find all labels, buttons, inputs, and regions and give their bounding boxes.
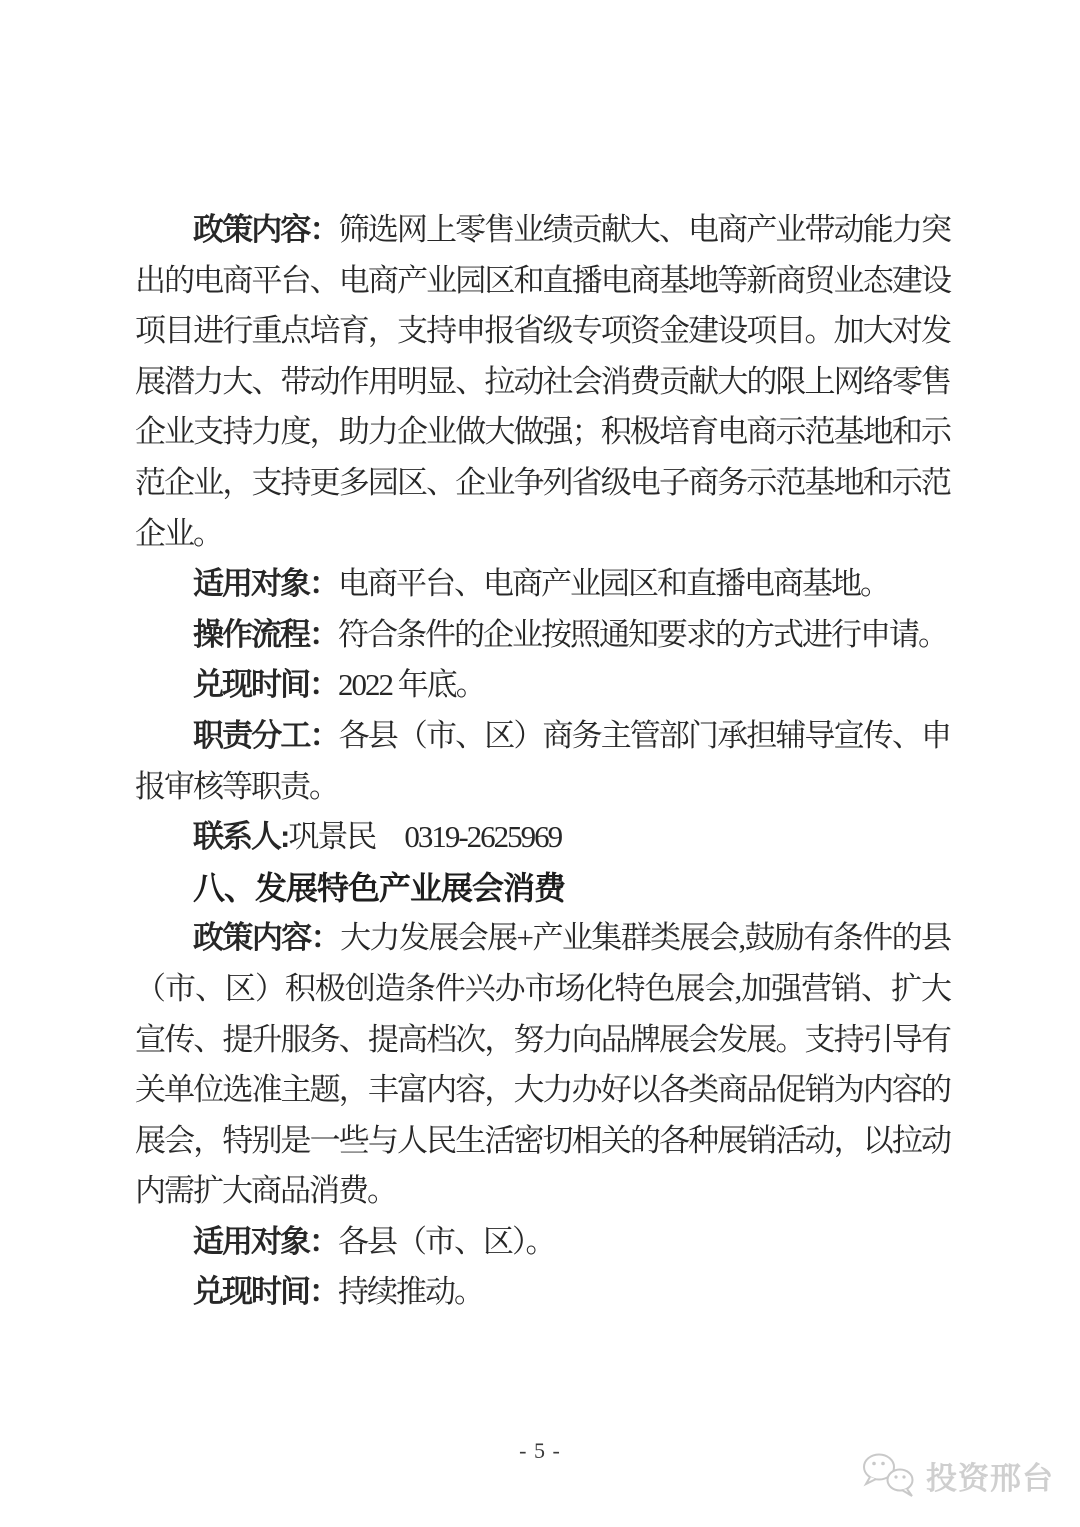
- line-text: 八、发展特色产业展会消费: [193, 870, 565, 906]
- line-text: 关单位选准主题，丰富内容，大力办好以各类商品促销为内容的: [135, 1072, 950, 1107]
- watermark-text: 投资邢台: [926, 1453, 1054, 1498]
- line-text: 企业支持力度，助力企业做大做强；积极培育电商示范基地和示: [135, 414, 950, 449]
- document-line: 报审核等职责。: [135, 762, 950, 813]
- line-text: 展潜力大、带动作用明显、拉动社会消费贡献大的限上网络零售: [135, 364, 950, 399]
- field-label: 政策内容：: [193, 212, 339, 247]
- line-text: 巩景民 0319-2625969: [288, 819, 561, 854]
- document-line: 操作流程：符合条件的企业按照通知要求的方式进行申请。: [135, 610, 950, 661]
- field-label: 政策内容：: [193, 920, 340, 955]
- line-text: 展会，特别是一些与人民生活密切相关的各种展销活动，以拉动: [135, 1123, 950, 1158]
- document-line: 适用对象：电商平台、电商产业园区和直播电商基地。: [135, 559, 950, 610]
- document-line: 展潜力大、带动作用明显、拉动社会消费贡献大的限上网络零售: [135, 357, 950, 408]
- document-line: 企业。: [135, 509, 950, 560]
- field-label: 联系人:: [193, 819, 288, 854]
- field-label: 兑现时间：: [193, 1274, 338, 1309]
- line-text: 符合条件的企业按照通知要求的方式进行申请。: [338, 617, 947, 652]
- line-text: （市、区）积极创造条件兴办市场化特色展会,加强营销、扩大: [135, 971, 950, 1006]
- field-label: 适用对象：: [193, 1224, 338, 1259]
- document-line: 联系人:巩景民 0319-2625969: [135, 812, 950, 863]
- field-label: 职责分工：: [193, 718, 339, 753]
- line-text: 筛选网上零售业绩贡献大、电商产业带动能力突: [339, 212, 950, 247]
- document-line: 关单位选准主题，丰富内容，大力办好以各类商品促销为内容的: [135, 1065, 950, 1116]
- watermark: 投资邢台: [858, 1450, 1054, 1500]
- wechat-icon: [858, 1450, 922, 1500]
- document-line: 内需扩大商品消费。: [135, 1166, 950, 1217]
- line-text: 持续推动。: [338, 1274, 483, 1309]
- document-body: 政策内容：筛选网上零售业绩贡献大、电商产业带动能力突出的电商平台、电商产业园区和…: [135, 205, 950, 1318]
- document-line: 兑现时间：持续推动。: [135, 1267, 950, 1318]
- document-page: 政策内容：筛选网上零售业绩贡献大、电商产业带动能力突出的电商平台、电商产业园区和…: [0, 0, 1080, 1527]
- line-text: 项目进行重点培育，支持申报省级专项资金建设项目。加大对发: [135, 313, 950, 348]
- field-label: 操作流程：: [193, 617, 338, 652]
- line-text: 出的电商平台、电商产业园区和直播电商基地等新商贸业态建设: [135, 263, 950, 298]
- document-line: 政策内容：筛选网上零售业绩贡献大、电商产业带动能力突: [135, 205, 950, 256]
- document-line: 范企业，支持更多园区、企业争列省级电子商务示范基地和示范: [135, 458, 950, 509]
- field-label: 兑现时间：: [193, 667, 338, 702]
- document-line: （市、区）积极创造条件兴办市场化特色展会,加强营销、扩大: [135, 964, 950, 1015]
- line-text: 电商平台、电商产业园区和直播电商基地。: [338, 566, 889, 601]
- field-label: 适用对象：: [193, 566, 338, 601]
- line-text: 2022 年底。: [338, 667, 485, 702]
- document-line: 企业支持力度，助力企业做大做强；积极培育电商示范基地和示: [135, 407, 950, 458]
- document-line: 宣传、提升服务、提高档次，努力向品牌展会发展。支持引导有: [135, 1015, 950, 1066]
- line-text: 内需扩大商品消费。: [135, 1173, 396, 1208]
- line-text: 大力发展会展+产业集群类展会,鼓励有条件的县: [340, 920, 950, 955]
- document-line: 职责分工：各县（市、区）商务主管部门承担辅导宣传、申: [135, 711, 950, 762]
- document-line: 项目进行重点培育，支持申报省级专项资金建设项目。加大对发: [135, 306, 950, 357]
- section-heading: 八、发展特色产业展会消费: [135, 863, 950, 914]
- line-text: 企业。: [135, 516, 222, 551]
- line-text: 报审核等职责。: [135, 769, 338, 804]
- document-line: 出的电商平台、电商产业园区和直播电商基地等新商贸业态建设: [135, 256, 950, 307]
- document-line: 兑现时间：2022 年底。: [135, 660, 950, 711]
- line-text: 各县（市、区）。: [338, 1224, 555, 1259]
- document-line: 适用对象：各县（市、区）。: [135, 1217, 950, 1268]
- document-line: 展会，特别是一些与人民生活密切相关的各种展销活动，以拉动: [135, 1116, 950, 1167]
- line-text: 宣传、提升服务、提高档次，努力向品牌展会发展。支持引导有: [135, 1022, 950, 1057]
- document-line: 政策内容：大力发展会展+产业集群类展会,鼓励有条件的县: [135, 913, 950, 964]
- line-text: 各县（市、区）商务主管部门承担辅导宣传、申: [339, 718, 950, 753]
- line-text: 范企业，支持更多园区、企业争列省级电子商务示范基地和示范: [135, 465, 950, 500]
